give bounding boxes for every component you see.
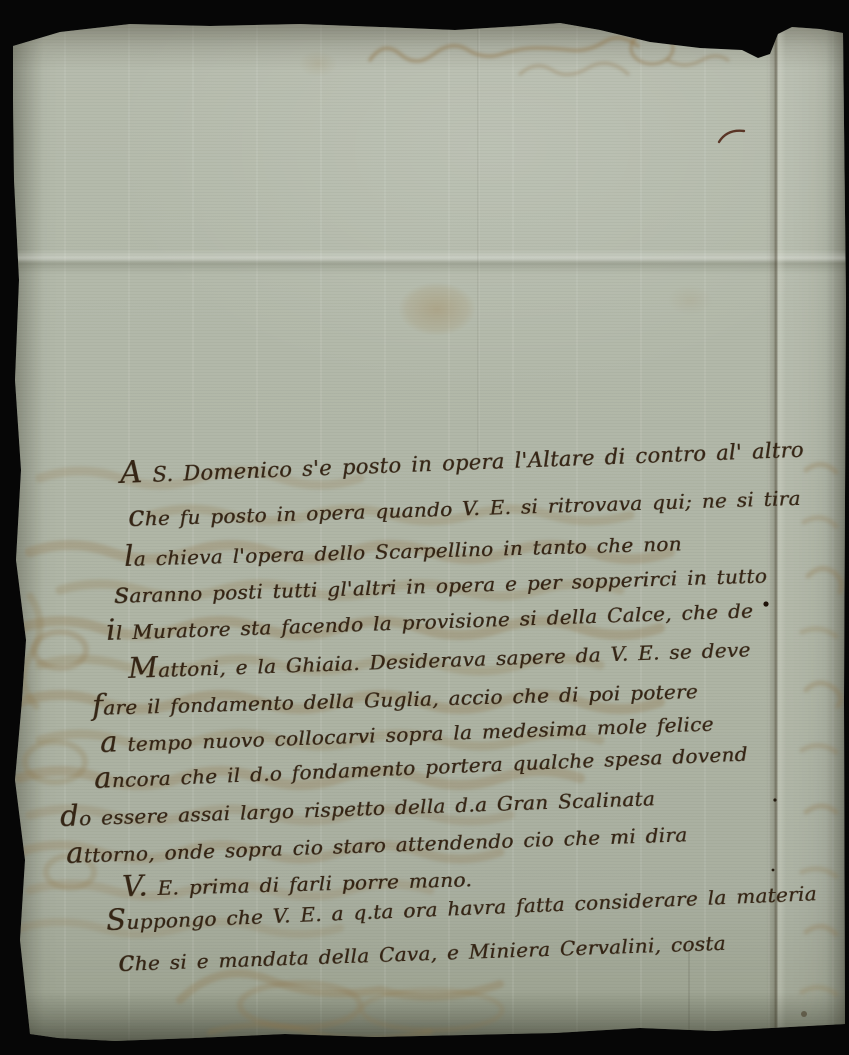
manuscript-scan: A S. Domenico s'e posto in opera l'Altar…: [0, 0, 849, 1055]
pen-mark: [719, 131, 744, 142]
ink-speck: [801, 1011, 807, 1017]
ink-speck: [763, 601, 768, 606]
ink-speck: [773, 798, 776, 801]
ink-speck: [21, 647, 25, 651]
ink-speck: [772, 869, 775, 872]
paper-sheet: A S. Domenico s'e posto in opera l'Altar…: [0, 0, 849, 1055]
showthrough-stroke: [804, 1035, 836, 1040]
